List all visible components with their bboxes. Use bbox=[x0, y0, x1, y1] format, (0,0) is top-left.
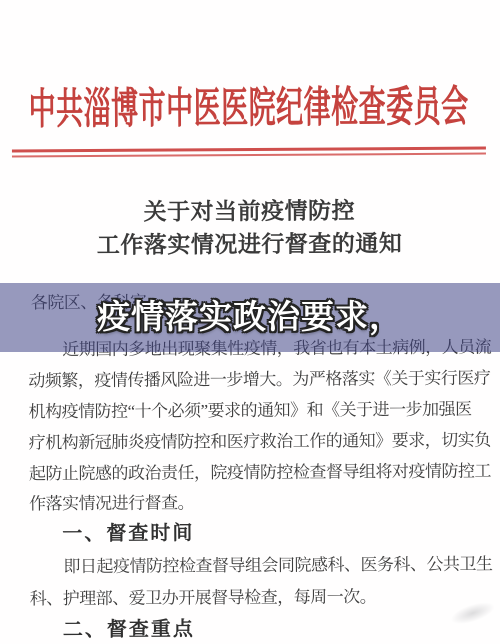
body-line: 疗机构新冠肺炎疫情防控和医疗救治工作的通知》要求，切实负 bbox=[29, 426, 491, 454]
page: 中共淄博市中医医院纪律检查委员会 关于对当前疫情防控 工作落实情况进行督查的通知… bbox=[0, 0, 500, 644]
caption-overlay-band: 疫情落实政治要求， bbox=[0, 283, 500, 352]
document-title: 关于对当前疫情防控 工作落实情况进行督查的通知 bbox=[0, 193, 500, 262]
section-heading-2: 二、督查重点 bbox=[63, 612, 195, 642]
body-line: 作落实情况进行督查。 bbox=[29, 488, 194, 514]
title-line-2: 工作落实情况进行督查的通知 bbox=[0, 226, 500, 262]
body-line: 动频繁，疫情传播风险进一步增大。为严格落实《关于实行医疗 bbox=[28, 364, 490, 392]
body-line: 机构疫情防控“十个必须”要求的通知》和《关于进一步加强医 bbox=[28, 395, 471, 423]
header-double-rule-thick bbox=[12, 147, 486, 153]
title-line-1: 关于对当前疫情防控 bbox=[0, 193, 499, 229]
body-line: 科、护理部、爱卫办开展督导检查，每周一次。 bbox=[30, 582, 377, 609]
scan-smudge bbox=[448, 598, 497, 629]
body-line: 即日起疫情防控检查督导组会同院感科、医务科、公共卫生 bbox=[63, 550, 492, 578]
section-heading-1: 一、督查时间 bbox=[62, 516, 194, 546]
body-line: 起防止院感的政治责任，院疫情防控检查督导组将对疫情防控工 bbox=[29, 457, 491, 485]
header-organization: 中共淄博市中医医院纪律检查委员会 bbox=[0, 83, 499, 133]
header-double-rule-thin bbox=[12, 153, 486, 157]
caption-text: 疫情落实政治要求， bbox=[0, 300, 500, 334]
